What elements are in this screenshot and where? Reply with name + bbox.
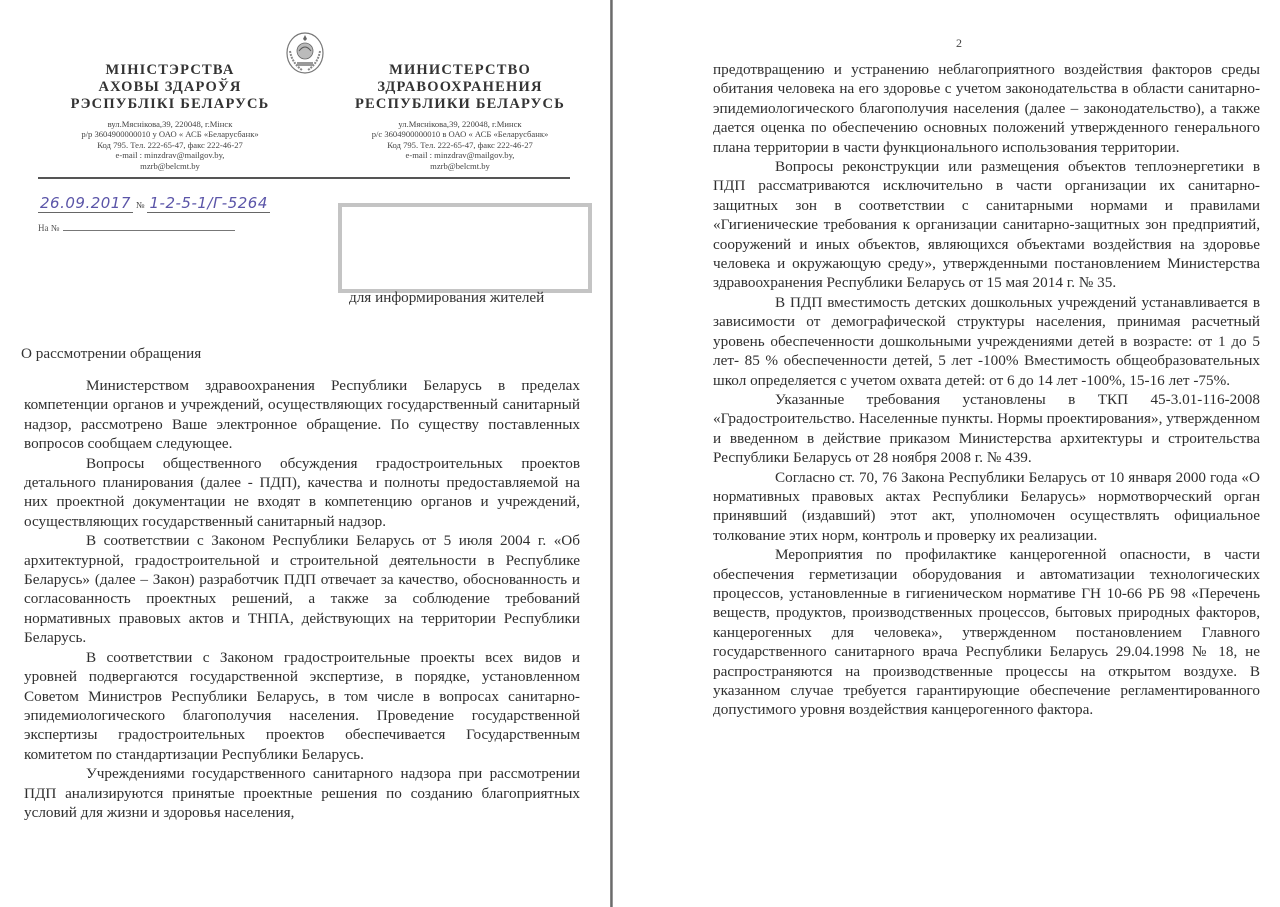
ministry-name-line: РЭСПУБЛІКІ БЕЛАРУСЬ — [60, 96, 280, 113]
ministry-contacts-ru: ул.Мяснікова,39, 220048, г.Минск р/с 360… — [330, 119, 590, 171]
redacted-addressee-box — [338, 203, 592, 293]
letter-subject: О рассмотрении обращения — [21, 345, 201, 363]
reply-to-label: На № — [38, 223, 59, 233]
page-number: 2 — [956, 36, 962, 51]
phone-line: Код 795. Тел. 222-65-47, факс 222-46-27 — [330, 140, 590, 150]
addressee-tail: для информирования жителей — [349, 289, 544, 307]
address-line: ул.Мяснікова,39, 220048, г.Минск — [330, 119, 590, 129]
email-line: e-mail : minzdrav@mailgov.by, — [330, 150, 590, 160]
ministry-name-line: ЗДРАВООХРАНЕНИЯ — [330, 79, 590, 96]
reply-to-line: На № — [38, 222, 235, 233]
ministry-name-line: РЕСПУБЛИКИ БЕЛАРУСЬ — [330, 96, 590, 113]
paragraph: В соответствии с Законом градостроительн… — [24, 648, 580, 764]
paragraph: Указанные требования установлены в ТКП 4… — [713, 390, 1260, 468]
letter-body-page-2: предотвращению и устранению неблагоприят… — [713, 60, 1260, 720]
ministry-name-line: АХОВЫ ЗДАРОЎЯ — [60, 79, 280, 96]
ministry-name-line: МИНИСТЕРСТВО — [330, 62, 590, 79]
paragraph: Учреждениями государственного санитарног… — [24, 764, 580, 822]
letterhead-belarusian: МІНІСТЭРСТВА АХОВЫ ЗДАРОЎЯ РЭСПУБЛІКІ БЕ… — [60, 62, 280, 171]
paragraph: В ПДП вместимость детских дошкольных учр… — [713, 293, 1260, 390]
letterhead-russian: МИНИСТЕРСТВО ЗДРАВООХРАНЕНИЯ РЕСПУБЛИКИ … — [330, 62, 590, 171]
paragraph: Вопросы общественного обсуждения градост… — [24, 454, 580, 532]
bank-account-line: р/р 3604900000010 у ОАО « АСБ «Беларусба… — [60, 129, 280, 139]
paragraph: Вопросы реконструкции или размещения объ… — [713, 157, 1260, 293]
page-2: 2 предотвращению и устранению неблагопри… — [613, 0, 1280, 907]
number-sign: № — [136, 200, 145, 210]
handwritten-reg-number: 1-2-5-1/Г-5264 — [147, 194, 269, 213]
email-line: mzrb@belcmt.by — [60, 161, 280, 171]
letter-body-page-1: Министерством здравоохранения Республики… — [24, 376, 580, 822]
address-line: вул.Мяснікова,39, 220048, г.Мінск — [60, 119, 280, 129]
letterhead-rule — [38, 177, 570, 179]
handwritten-date: 26.09.2017 — [38, 194, 133, 213]
phone-line: Код 795. Тел. 222-65-47, факс 222-46-27 — [60, 140, 280, 150]
registration-line: 26.09.2017№1-2-5-1/Г-5264 — [38, 194, 270, 212]
email-line: e-mail : minzdrav@mailgov.by, — [60, 150, 280, 160]
page-1: МІНІСТЭРСТВА АХОВЫ ЗДАРОЎЯ РЭСПУБЛІКІ БЕ… — [0, 0, 611, 907]
ministry-name-line: МІНІСТЭРСТВА — [60, 62, 280, 79]
paragraph: В соответствии с Законом Республики Бела… — [24, 531, 580, 647]
bank-account-line: р/с 3604900000010 в ОАО « АСБ «Беларусба… — [330, 129, 590, 139]
paragraph: Согласно ст. 70, 76 Закона Республики Бе… — [713, 468, 1260, 546]
paragraph: Министерством здравоохранения Республики… — [24, 376, 580, 454]
paragraph: Мероприятия по профилактике канцерогенно… — [713, 545, 1260, 720]
ministry-name-be: МІНІСТЭРСТВА АХОВЫ ЗДАРОЎЯ РЭСПУБЛІКІ БЕ… — [60, 62, 280, 113]
email-line: mzrb@belcmt.by — [330, 161, 590, 171]
ministry-contacts-be: вул.Мяснікова,39, 220048, г.Мінск р/р 36… — [60, 119, 280, 171]
ministry-name-ru: МИНИСТЕРСТВО ЗДРАВООХРАНЕНИЯ РЕСПУБЛИКИ … — [330, 62, 590, 113]
paragraph-continuation: предотвращению и устранению неблагоприят… — [713, 60, 1260, 157]
state-emblem-icon — [285, 31, 325, 75]
reply-to-blank — [63, 222, 235, 231]
